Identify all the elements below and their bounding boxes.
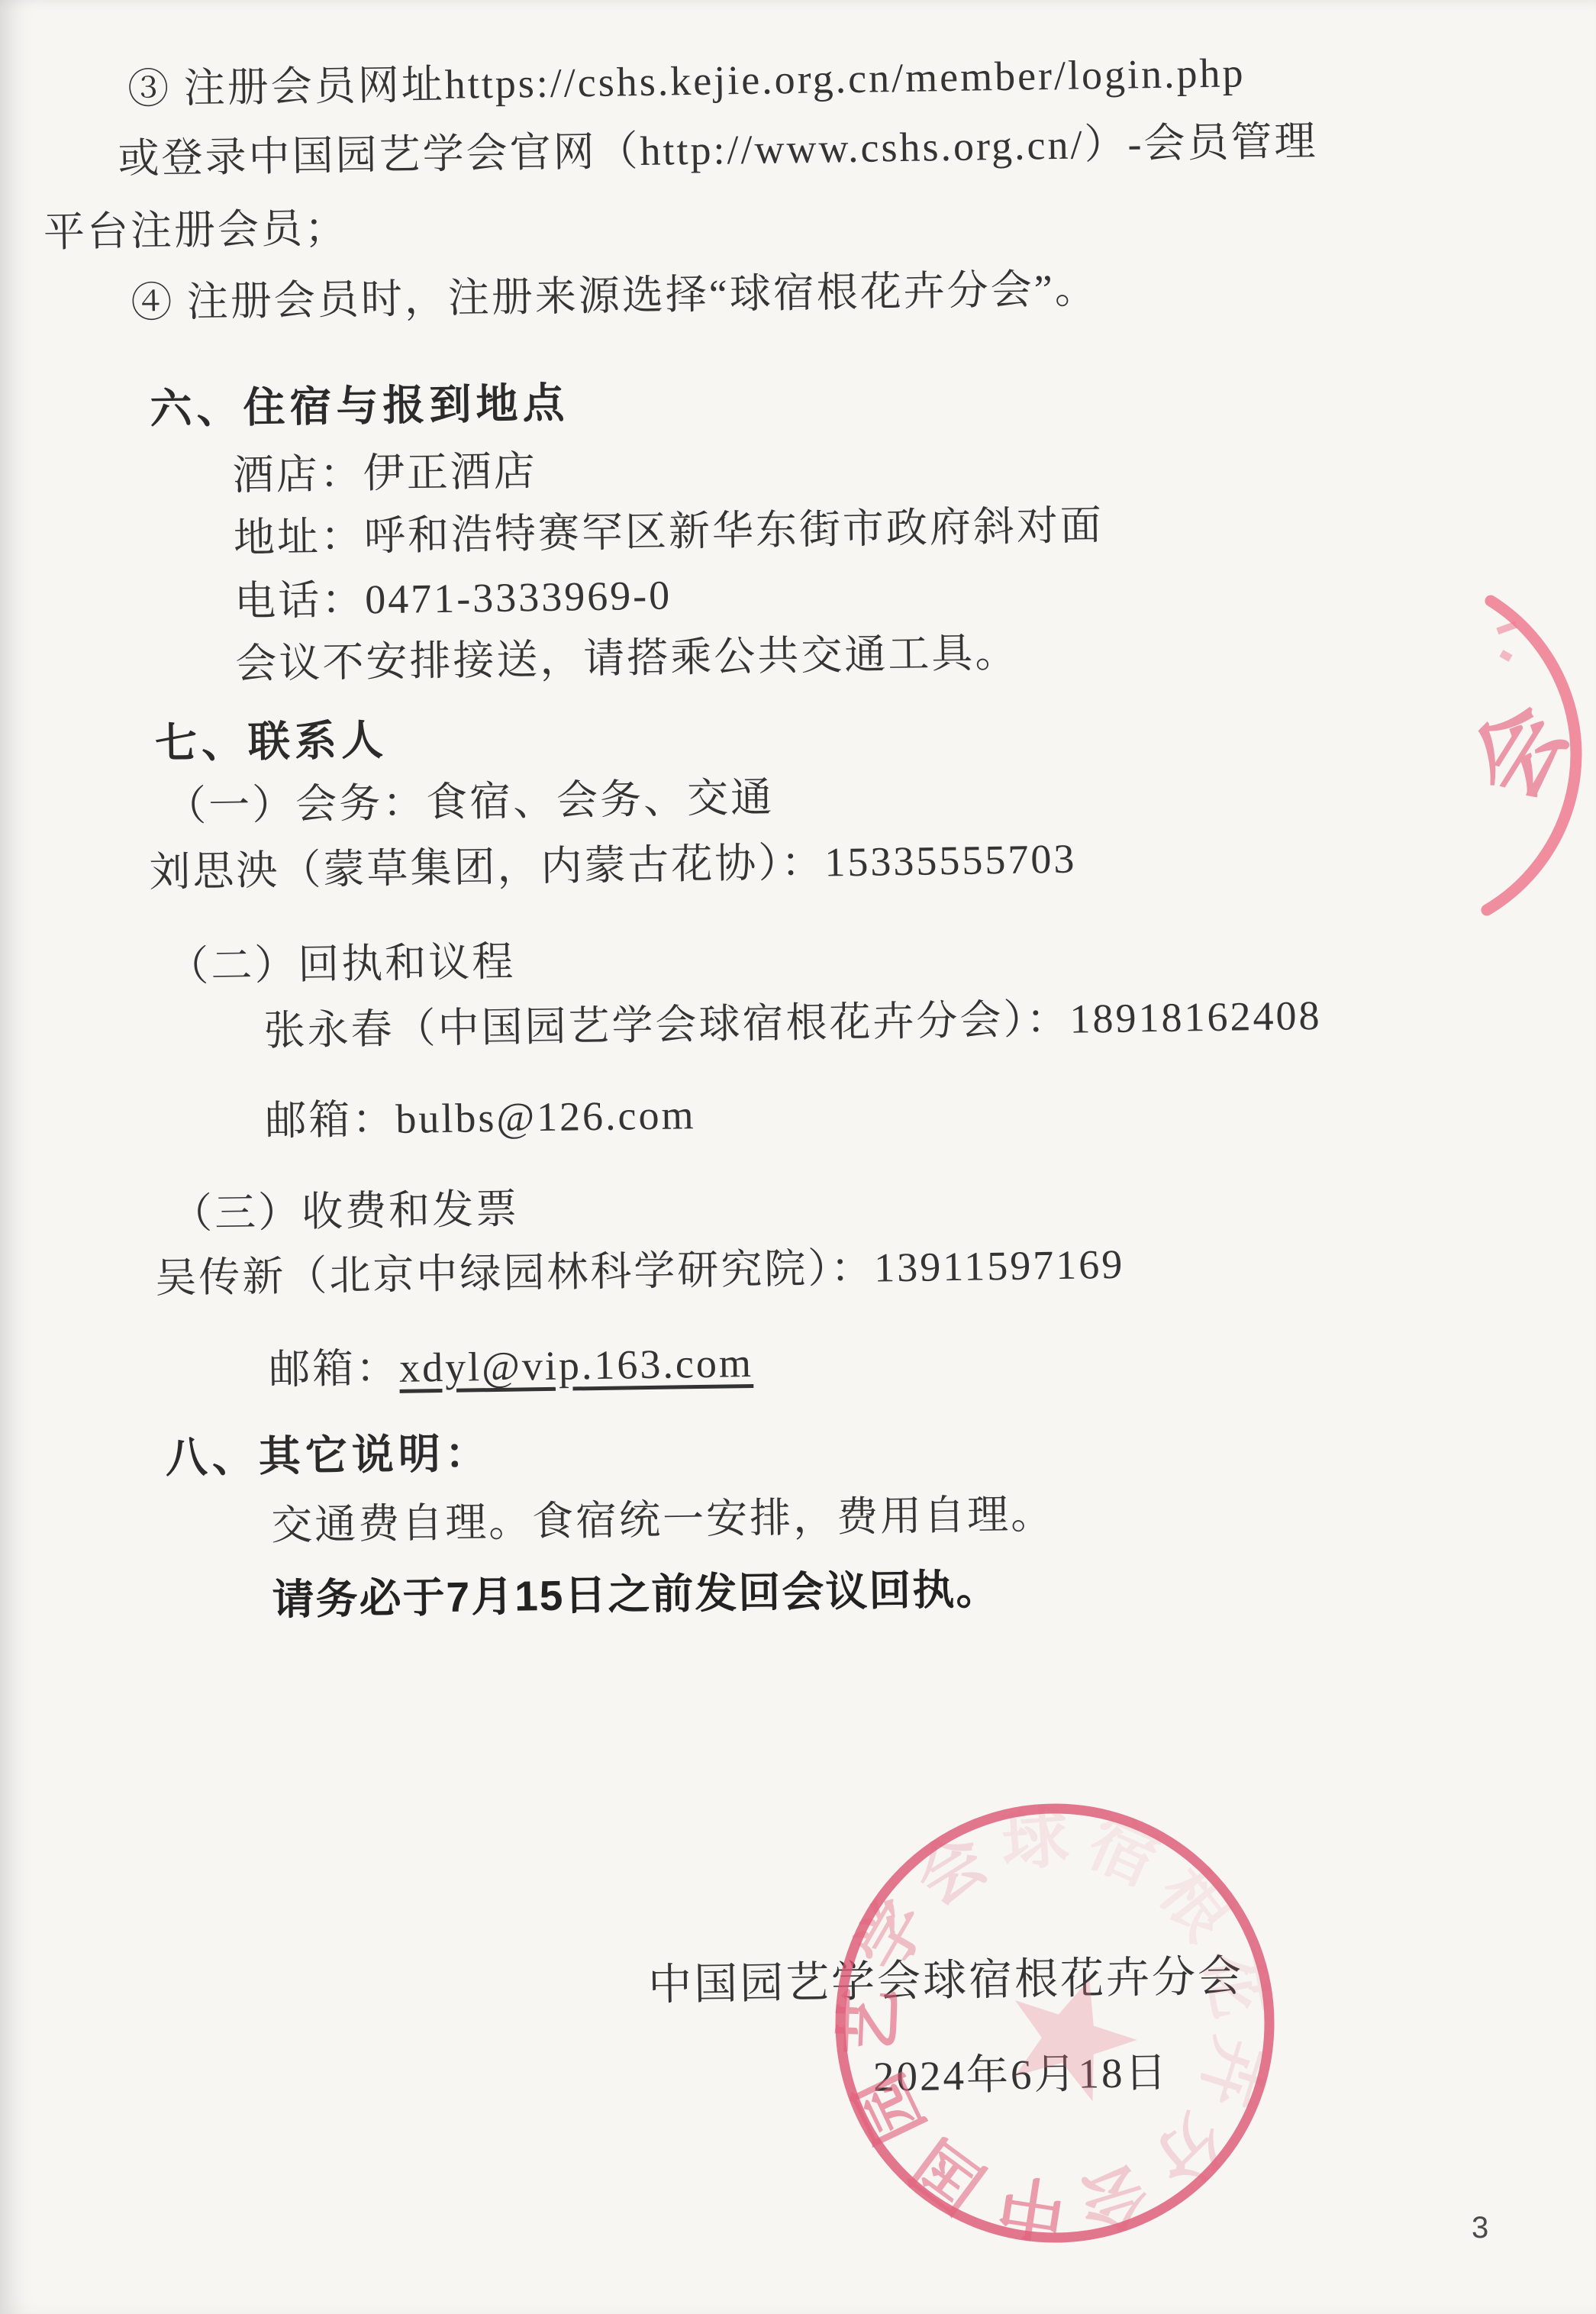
section-eight-heading: 八、其它说明： — [165, 1419, 492, 1484]
hotel-line: 酒店：伊正酒店 — [232, 438, 537, 502]
address-line: 地址：呼和浩特赛罕区新华东街市政府斜对面 — [233, 492, 1104, 564]
contact-group-3-email-line: 邮箱：xdyl@vip.163.com — [269, 1330, 754, 1396]
contact-group-2-person: 张永春（中国园艺学会球宿根花卉分会）：18918162408 — [263, 983, 1322, 1057]
contact-group-2-email-line: 邮箱：bulbs@126.com — [265, 1082, 696, 1147]
contact-group-3-title: （三）收费和发票 — [170, 1176, 519, 1241]
page-number: 3 — [1472, 2211, 1488, 2245]
contact-group-1-title: （一）会务：食宿、会务、交通 — [165, 764, 775, 832]
section-six-heading: 六、住宿与报到地点 — [150, 369, 569, 435]
intro-item-3-cont: 或登录中国园艺学会官网（http://www.cshs.org.cn/）-会员管… — [118, 108, 1318, 185]
intro-item-3: ③ 注册会员网址https://cshs.kejie.org.cn/member… — [127, 40, 1246, 115]
email-xdyl-link[interactable]: xdyl@vip.163.com — [399, 1340, 754, 1391]
scanned-document-page: ③ 注册会员网址https://cshs.kejie.org.cn/member… — [0, 0, 1596, 2314]
phone-line: 电话：0471-3333969-0 — [234, 562, 672, 627]
intro-item-4: ④ 注册会员时，注册来源选择“球宿根花卉分会”。 — [131, 256, 1098, 329]
other-note-line: 交通费自理。食宿统一安排，费用自理。 — [271, 1481, 1055, 1551]
signature-date: 2024年6月18日 — [872, 2038, 1169, 2103]
intro-item-3-cont2: 平台注册会员； — [43, 195, 348, 259]
contact-group-2-title: （二）回执和议程 — [167, 929, 516, 993]
email-label: 邮箱： — [269, 1345, 400, 1393]
section-seven-heading: 七、联系人 — [154, 706, 388, 770]
signature-org: 中国园艺学会球宿根花卉分会 — [647, 1941, 1243, 2013]
document-sheet: ③ 注册会员网址https://cshs.kejie.org.cn/member… — [0, 0, 1596, 2314]
email-label: 邮箱： — [265, 1096, 396, 1144]
deadline-bold-line: 请务必于7月15日之前发回会议回执。 — [272, 1555, 1000, 1626]
transport-note: 会议不安排接送，请搭乘公共交通工具。 — [235, 620, 1019, 690]
contact-group-3-person: 吴传新（北京中绿园林科学研究院）：13911597169 — [155, 1231, 1125, 1305]
email-bulbs: bulbs@126.com — [395, 1092, 696, 1142]
contact-group-1-person: 刘思泱（蒙草集团，内蒙古花协）：15335555703 — [149, 826, 1077, 899]
